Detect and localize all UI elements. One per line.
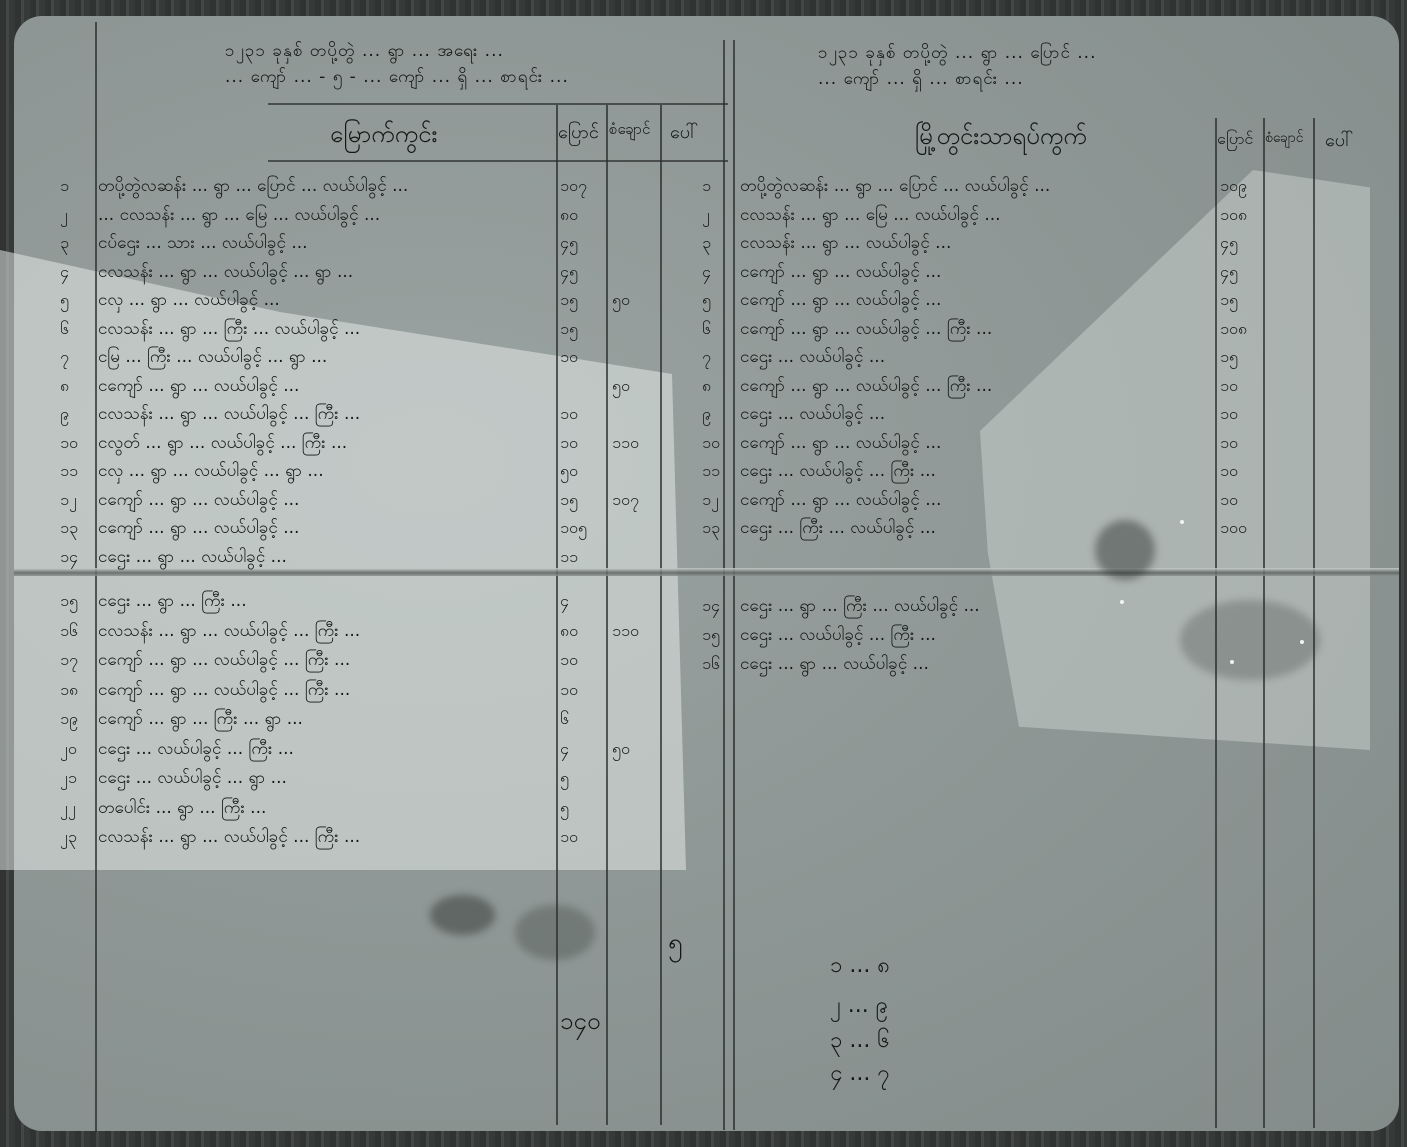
row-index: ၈ bbox=[60, 375, 69, 399]
left-col2-rule bbox=[556, 105, 558, 1125]
row-description: ငကျော် ... ရွာ ... လယ်ပါခွင့် ... ကြီး .… bbox=[740, 375, 992, 400]
ink-smudge bbox=[430, 895, 495, 935]
left-header-col2: ပြောင် bbox=[558, 120, 599, 147]
row-col2-value: ၁၅ bbox=[560, 289, 578, 313]
row-index: ၁၆ bbox=[702, 653, 720, 677]
row-description: ငကျော် ... ရွာ ... လယ်ပါခွင့် ... ကြီး .… bbox=[740, 318, 992, 343]
row-description: ငကျော် ... ရွာ ... လယ်ပါခွင့် ... bbox=[740, 432, 941, 457]
row-col2-value: ၈၀ bbox=[560, 620, 578, 644]
row-col2-value: ၅၀ bbox=[560, 460, 578, 484]
row-col2-value: ၁၀ bbox=[1220, 375, 1238, 399]
row-index: ၂ bbox=[60, 204, 68, 228]
right-footer-note-3: ၃ ... ၆ bbox=[830, 1025, 890, 1058]
row-description: ငဌေး ... လယ်ပါခွင့် ... ကြီး ... bbox=[98, 738, 294, 763]
row-index: ၂ bbox=[702, 204, 710, 228]
row-index: ၁၅ bbox=[702, 624, 720, 648]
row-index: ၁ bbox=[702, 175, 711, 199]
row-col2-value: ၄ bbox=[560, 590, 569, 614]
row-description: ငပ်ဌေး ... သား ... လယ်ပါခွင့် ... bbox=[98, 232, 308, 257]
row-description: ငကျော် ... ရွာ ... လယ်ပါခွင့် ... bbox=[98, 375, 299, 400]
row-description: ငကျော် ... ရွာ ... လယ်ပါခွင့် ... ကြီး .… bbox=[98, 679, 350, 704]
row-description: တပို့တွဲလဆန်း ... ရွာ ... ပြောင် ... လယ်… bbox=[740, 175, 1050, 200]
row-description: ... ငလသန်း ... ရွာ ... မြေ ... လယ်ပါခွင့… bbox=[98, 204, 380, 229]
left-header-col3: စံချောင် bbox=[609, 120, 650, 142]
left-header-col4: ပေါ် bbox=[670, 120, 698, 147]
row-index: ၉ bbox=[60, 403, 69, 427]
row-col3-value: ၅၀ bbox=[612, 738, 630, 762]
row-col2-value: ၁၀ bbox=[560, 403, 578, 427]
row-col2-value: ၁၀ bbox=[1220, 403, 1238, 427]
row-col2-value: ၁၀ bbox=[560, 826, 578, 850]
row-description: ငကျော် ... ရွာ ... လယ်ပါခွင့် ... bbox=[98, 517, 299, 542]
right-header-col3: စံချောင် bbox=[1265, 128, 1304, 149]
row-description: ငဌေး ... ရွာ ... ကြီး ... လယ်ပါခွင့် ... bbox=[740, 595, 980, 620]
right-header-col4: ပေါ် bbox=[1325, 128, 1353, 155]
row-index: ၁၂ bbox=[702, 489, 719, 513]
row-description: ငလသန်း ... ရွာ ... လယ်ပါခွင့် ... ကြီး .… bbox=[98, 826, 360, 851]
row-description: ငကျော် ... ရွာ ... ကြီး ... ရွာ ... bbox=[98, 708, 303, 733]
row-description: ငလသန်း ... ရွာ ... လယ်ပါခွင့် ... ကြီး .… bbox=[98, 403, 360, 428]
row-col2-value: ၈၀ bbox=[560, 204, 578, 228]
row-col2-value: ၁၀ bbox=[1220, 460, 1238, 484]
row-col2-value: ၄၅ bbox=[1220, 261, 1238, 285]
row-col2-value: ၁၀၈ bbox=[1220, 204, 1247, 228]
ink-smudge bbox=[1095, 520, 1155, 580]
row-description: ငဌေး ... လယ်ပါခွင့် ... ကြီး ... bbox=[740, 624, 936, 649]
row-description: ငဌေး ... လယ်ပါခွင့် ... bbox=[740, 403, 885, 428]
row-description: ငကျော် ... ရွာ ... လယ်ပါခွင့် ... ကြီး .… bbox=[98, 649, 350, 674]
row-index: ၈ bbox=[702, 375, 711, 399]
row-index: ၁၆ bbox=[60, 620, 78, 644]
right-footer-note-2: ၂ ... ၉ bbox=[830, 990, 888, 1023]
row-description: ငဌေး ... ကြီး ... လယ်ပါခွင့် ... bbox=[740, 517, 936, 542]
row-description: ငဌေး ... ရွာ ... ကြီး ... bbox=[98, 590, 247, 615]
row-index: ၁၁ bbox=[702, 460, 720, 484]
row-col2-value: ၁၀၉ bbox=[1220, 175, 1247, 199]
row-description: ငကျော် ... ရွာ ... လယ်ပါခွင့် ... bbox=[98, 489, 299, 514]
ink-smudge bbox=[515, 905, 595, 960]
row-col2-value: ၁၅ bbox=[1220, 289, 1238, 313]
row-col2-value: ၁၅ bbox=[560, 489, 578, 513]
right-title-line-1: ၁၂၃၁ ခုနှစ် တပို့တွဲ ... ရွာ ... ပြောင် … bbox=[818, 42, 1097, 67]
right-header-description: မြို့တွင်းသာရပ်ကွက် bbox=[915, 120, 1087, 156]
row-col2-value: ၄ bbox=[560, 738, 569, 762]
row-col2-value: ၄၅ bbox=[560, 261, 578, 285]
row-index: ၁ bbox=[60, 175, 69, 199]
row-index: ၁၇ bbox=[60, 649, 78, 673]
row-index: ၁၃ bbox=[702, 517, 720, 541]
paper-damage-speck bbox=[1120, 600, 1124, 604]
row-index: ၂၂ bbox=[60, 797, 76, 821]
row-index: ၆ bbox=[702, 318, 711, 342]
row-description: ငလွတ် ... ရွာ ... လယ်ပါခွင့် ... ကြီး ..… bbox=[98, 432, 347, 457]
left-title-line-1: ၁၂၃၁ ခုနှစ် တပို့တွဲ ... ရွာ ... အရေး ..… bbox=[225, 40, 504, 65]
left-col3-rule bbox=[606, 105, 608, 1125]
left-header-bottom-rule bbox=[268, 160, 728, 162]
left-header-top-rule bbox=[268, 103, 728, 105]
row-col3-value: ၁၁၀ bbox=[612, 620, 639, 644]
row-col2-value: ၁၁ bbox=[560, 546, 578, 570]
row-col2-value: ၁၀၅ bbox=[560, 517, 587, 541]
right-header-col2: ပြောင် bbox=[1217, 128, 1253, 152]
right-footer-note-1: ၁ ... ၈ bbox=[830, 950, 890, 983]
row-index: ၂၁ bbox=[60, 767, 77, 791]
row-description: ငဌေး ... ရွာ ... လယ်ပါခွင့် ... bbox=[98, 546, 287, 571]
row-description: ငလသန်း ... ရွာ ... ကြီး ... လယ်ပါခွင့် .… bbox=[98, 318, 360, 343]
row-index: ၂၀ bbox=[60, 738, 77, 762]
row-index: ၁၁ bbox=[60, 460, 78, 484]
row-description: ငကျော် ... ရွာ ... လယ်ပါခွင့် ... bbox=[740, 489, 941, 514]
row-index: ၁၃ bbox=[60, 517, 78, 541]
row-index: ၇ bbox=[60, 346, 69, 370]
row-description: ငကျော် ... ရွာ ... လယ်ပါခွင့် ... bbox=[740, 261, 941, 286]
row-index: ၄ bbox=[702, 261, 711, 285]
row-description: ငလှ ... ရွာ ... လယ်ပါခွင့် ... ရွာ ... bbox=[98, 460, 324, 485]
row-index: ၁၀ bbox=[702, 432, 720, 456]
left-col4-rule bbox=[660, 105, 662, 1125]
row-description: ငဌေး ... လယ်ပါခွင့် ... ရွာ ... bbox=[98, 767, 287, 792]
paper-damage-speck bbox=[1230, 660, 1234, 664]
row-description: ငမြ ... ကြီး ... လယ်ပါခွင့် ... ရွာ ... bbox=[98, 346, 327, 371]
row-col2-value: ၅ bbox=[560, 797, 569, 821]
row-index: ၆ bbox=[60, 318, 69, 342]
row-index: ၇ bbox=[702, 346, 711, 370]
row-index: ၃ bbox=[702, 232, 711, 256]
row-col2-value: ၅ bbox=[560, 767, 569, 791]
paper-damage-speck bbox=[1180, 520, 1184, 524]
left-footer-note-2: ၁၄၀ bbox=[560, 1005, 601, 1041]
row-col3-value: ၅၀ bbox=[612, 375, 630, 399]
row-col3-value: ၁၁၀ bbox=[612, 432, 639, 456]
row-col3-value: ၅၀ bbox=[612, 289, 630, 313]
page-divider-rule-2 bbox=[733, 40, 735, 1130]
right-footer-note-4: ၄ ... ၇ bbox=[830, 1058, 890, 1091]
row-index: ၂၃ bbox=[60, 826, 77, 850]
row-col2-value: ၁၅ bbox=[560, 318, 578, 342]
row-description: ငလသန်း ... ရွာ ... မြေ ... လယ်ပါခွင့် ..… bbox=[740, 204, 1001, 229]
row-col2-value: ၁၀ bbox=[560, 346, 578, 370]
left-header-description: မြောက်ကွင်း bbox=[330, 118, 437, 154]
left-margin-rule bbox=[95, 22, 97, 1132]
row-col2-value: ၆ bbox=[560, 708, 569, 732]
row-index: ၉ bbox=[702, 403, 711, 427]
right-title-line-2: ... ကျော် ... ရှိ ... စာရင်း ... bbox=[818, 68, 1024, 93]
row-col2-value: ၁၀ bbox=[560, 649, 578, 673]
row-description: ငဌေး ... လယ်ပါခွင့် ... bbox=[740, 346, 885, 371]
row-description: ငဌေး ... ရွာ ... လယ်ပါခွင့် ... bbox=[740, 653, 929, 678]
left-title-line-2: ... ကျော် ... - ၅ - ... ကျော် ... ရှိ ..… bbox=[225, 66, 569, 91]
row-description: ငလှ ... ရွာ ... လယ်ပါခွင့် ... bbox=[98, 289, 280, 314]
row-index: ၅ bbox=[702, 289, 711, 313]
row-col3-value: ၁၀၇ bbox=[612, 489, 639, 513]
row-description: ငလသန်း ... ရွာ ... လယ်ပါခွင့် ... ရွာ ..… bbox=[98, 261, 353, 286]
row-index: ၄ bbox=[60, 261, 69, 285]
row-col2-value: ၁၀ bbox=[1220, 432, 1238, 456]
row-index: ၅ bbox=[60, 289, 69, 313]
row-description: တပို့တွဲလဆန်း ... ရွာ ... ပြောင် ... လယ်… bbox=[98, 175, 408, 200]
row-col2-value: ၄၅ bbox=[560, 232, 578, 256]
row-index: ၁၅ bbox=[60, 590, 78, 614]
row-index: ၁၈ bbox=[60, 679, 78, 703]
row-index: ၁၀ bbox=[60, 432, 78, 456]
row-col2-value: ၁၀၇ bbox=[560, 175, 587, 199]
row-index: ၁၄ bbox=[702, 595, 720, 619]
page-divider-rule bbox=[723, 40, 725, 1130]
row-description: ငကျော် ... ရွာ ... လယ်ပါခွင့် ... bbox=[740, 289, 941, 314]
row-description: ငဌေး ... လယ်ပါခွင့် ... ကြီး ... bbox=[740, 460, 936, 485]
row-col2-value: ၁၀ bbox=[1220, 489, 1238, 513]
row-description: ငလသန်း ... ရွာ ... လယ်ပါခွင့် ... bbox=[740, 232, 951, 257]
row-col2-value: ၁၅ bbox=[1220, 346, 1238, 370]
row-description: ငလသန်း ... ရွာ ... လယ်ပါခွင့် ... ကြီး .… bbox=[98, 620, 360, 645]
row-col2-value: ၁၀၈ bbox=[1220, 318, 1247, 342]
row-col2-value: ၁၀ bbox=[560, 679, 578, 703]
left-footer-note-1: ၅ bbox=[668, 925, 683, 964]
row-index: ၃ bbox=[60, 232, 69, 256]
row-index: ၁၂ bbox=[60, 489, 77, 513]
row-index: ၁၄ bbox=[60, 546, 78, 570]
row-col2-value: ၄၅ bbox=[1220, 232, 1238, 256]
paper-damage-speck bbox=[1300, 640, 1304, 644]
row-col2-value: ၁၀၀ bbox=[1220, 517, 1247, 541]
row-col2-value: ၁၀ bbox=[560, 432, 578, 456]
ink-smudge bbox=[1180, 600, 1320, 680]
row-index: ၁၉ bbox=[60, 708, 78, 732]
row-description: တပေါင်း ... ရွာ ... ကြီး ... bbox=[98, 797, 266, 822]
